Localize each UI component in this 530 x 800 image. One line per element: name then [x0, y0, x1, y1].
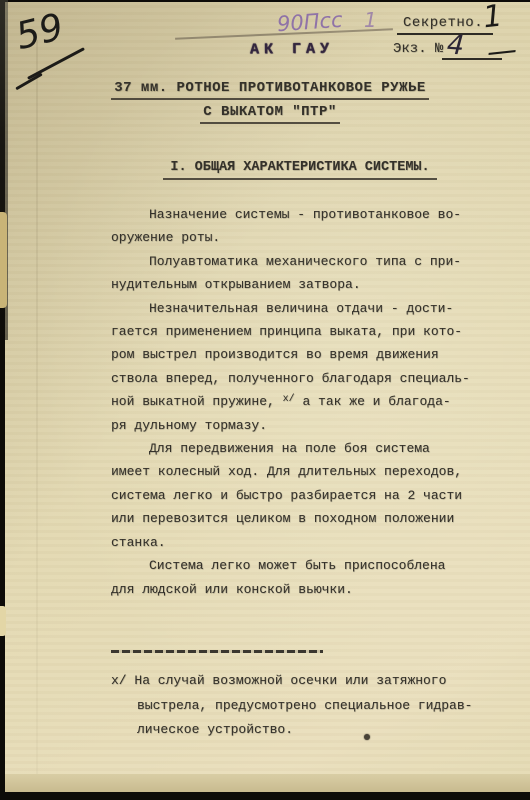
- handwritten-mark: 1—: [481, 0, 530, 70]
- text-line: станка.: [111, 531, 501, 554]
- text-line: нудительным открыванием затвора.: [111, 273, 501, 296]
- text-line: для людской или конской вьючки.: [111, 578, 501, 601]
- text-line: оружение роты.: [111, 226, 501, 249]
- footnote-separator: [111, 650, 323, 653]
- paper-crease: [36, 40, 38, 792]
- footnote-line: х/ На случай возможной осечки или затяжн…: [111, 669, 506, 694]
- scan-edge-artifact: [0, 606, 6, 636]
- handwritten-note-2: 1: [364, 8, 377, 32]
- body-text: Назначение системы - противотанковое во-…: [111, 203, 501, 601]
- text-line: Незначительная величина отдачи - дости-: [111, 297, 501, 320]
- footnote: х/ На случай возможной осечки или затяжн…: [111, 669, 506, 743]
- section-heading: I. ОБЩАЯ ХАРАКТЕРИСТИКА СИСТЕМЫ.: [40, 160, 530, 175]
- classification-label: Секретно.: [403, 15, 483, 31]
- paragraph: Для передвижения на поле боя системаимее…: [111, 437, 501, 554]
- scanned-document-page: 59 90Псс 1 АК ГАУ Секретно. 1— Экз. № 4 …: [0, 0, 530, 800]
- text-line: гается применением принципа выката, при …: [111, 320, 501, 343]
- text-line: Полуавтоматика механического типа с при-: [111, 250, 501, 273]
- text-line: ром выстрел производится во время движен…: [111, 343, 501, 366]
- text-line: ствола вперед, полученного благодаря спе…: [111, 367, 501, 390]
- paragraph: Система легко может быть приспособленадл…: [111, 554, 501, 601]
- ink-dot: [364, 734, 370, 740]
- document-title: 37 мм. РОТНОЕ ПРОТИВОТАНКОВОЕ РУЖЬЕ С ВЫ…: [10, 76, 530, 124]
- text-line: система легко и быстро разбирается на 2 …: [111, 484, 501, 507]
- paragraph: Незначительная величина отдачи - дости-г…: [111, 297, 501, 437]
- text-line: ной выкатной пружине, х/ а так же и благ…: [111, 390, 501, 413]
- footnote-line: лическое устройство.: [111, 718, 506, 743]
- footnote-line: выстрела, предусмотрено специальное гидр…: [111, 694, 506, 719]
- title-line-1: 37 мм. РОТНОЕ ПРОТИВОТАНКОВОЕ РУЖЬЕ: [10, 76, 530, 100]
- text-line: имеет колесный ход. Для длительных перех…: [111, 460, 501, 483]
- text-line: или перевозится целиком в походном полож…: [111, 507, 501, 530]
- classification-underline: [397, 33, 493, 35]
- handwritten-note: 90Псс: [276, 8, 343, 37]
- paragraph: Назначение системы - противотанковое во-…: [111, 203, 501, 250]
- copy-number-label: Экз. №: [393, 41, 443, 57]
- title-line-2: С ВЫКАТОМ "ПТР": [10, 100, 530, 124]
- text-line: Для передвижения на поле боя система: [111, 437, 501, 460]
- text-line: Система легко может быть приспособлена: [111, 554, 501, 577]
- text-line: Назначение системы - противотанковое во-: [111, 203, 501, 226]
- text-line: ря дульному тормазу.: [111, 414, 501, 437]
- scan-edge-artifact: [0, 212, 7, 308]
- department-stamp: АК ГАУ: [250, 41, 334, 59]
- footnote-marker-superscript: х/: [283, 394, 295, 405]
- page-bottom-edge: [5, 774, 530, 792]
- handwritten-copy-number: 4: [446, 29, 465, 61]
- paragraph: Полуавтоматика механического типа с при-…: [111, 250, 501, 297]
